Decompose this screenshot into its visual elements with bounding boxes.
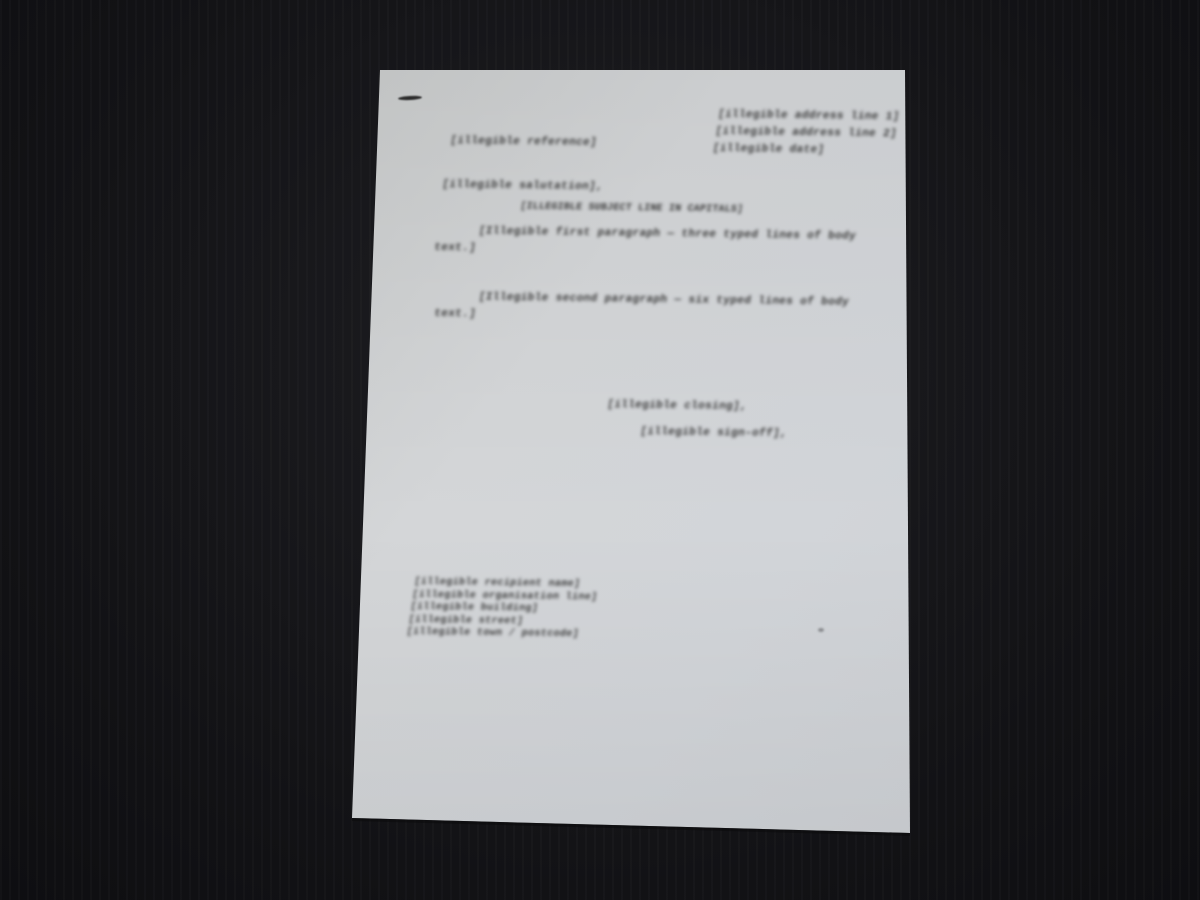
reference-line: [illegible reference]: [449, 135, 598, 149]
closing-line: [illegible closing],: [606, 399, 748, 413]
subject-line: [ILLEGIBLE SUBJECT LINE IN CAPITALS]: [519, 201, 743, 215]
recipient-line: [illegible town / postcode]: [405, 627, 592, 642]
signoff-line: [illegible sign-off],: [639, 426, 788, 440]
salutation: [illegible salutation],: [441, 179, 604, 193]
letter-content: [illegible address line 1] [illegible ad…: [355, 70, 910, 832]
sender-address: [illegible address line 1] [illegible ad…: [711, 107, 901, 161]
letter-date: [illegible date]: [711, 141, 895, 161]
body-paragraph-2: [Illegible second paragraph — six typed …: [433, 289, 887, 328]
body-paragraph-1: [Illegible first paragraph — three typed…: [433, 223, 887, 262]
recipient-address: [illegible recipient name] [illegible or…: [405, 577, 600, 642]
